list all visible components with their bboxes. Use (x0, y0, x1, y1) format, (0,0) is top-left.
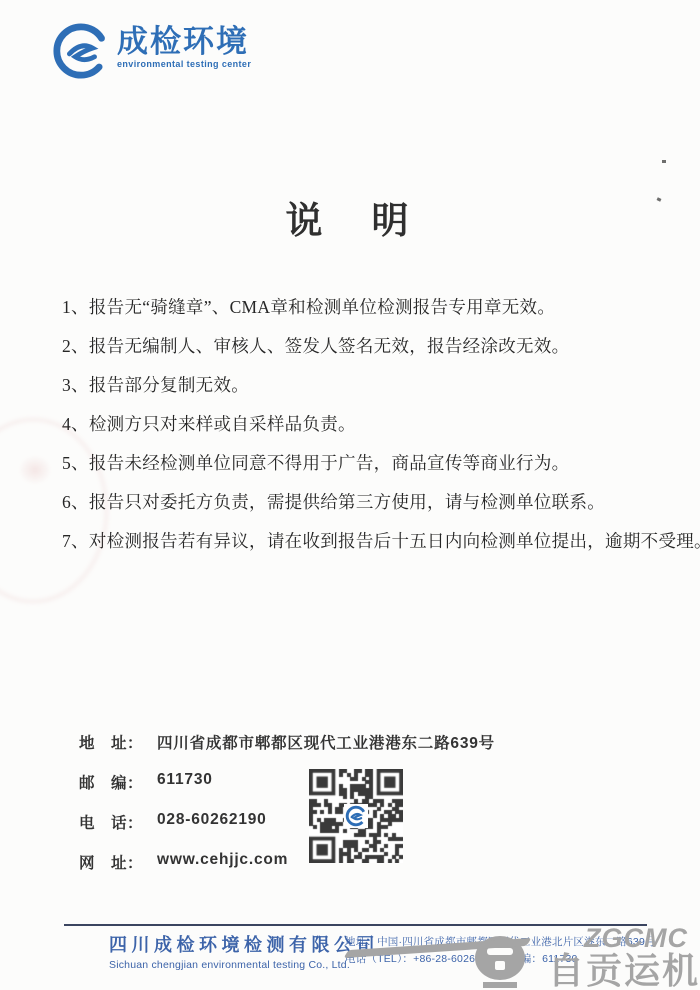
footer-address: 地址：中国·四川省成都市郫都区现代工业港北片区港东二路639号 (345, 934, 615, 951)
note-item: 1、报告无“骑缝章”、CMA章和检测单位检测报告专用章无效。 (62, 296, 654, 318)
note-item: 4、检测方只对来样或自采样品负责。 (62, 413, 654, 435)
logo-text: 成检环境 environmental testing center (117, 22, 251, 69)
contact-value: 028-60262190 (157, 811, 267, 833)
qr-center-logo (344, 804, 368, 828)
ghost-stamp-blot (18, 455, 52, 485)
note-item: 5、报告未经检测单位同意不得用于广告，商品宣传等商业行为。 (62, 452, 654, 474)
footer-divider (64, 924, 647, 926)
contact-value: 四川省成都市郫都区现代工业港港东二路639号 (157, 731, 495, 753)
footer-company-en: Sichuan chengjian environmental testing … (109, 959, 379, 971)
contact-row: 地 址： 四川省成都市郫都区现代工业港港东二路639号 (79, 731, 495, 753)
logo-e-icon (52, 22, 110, 80)
footer-company: 四川成检环境检测有限公司 Sichuan chengjian environme… (109, 931, 379, 971)
logo-e-icon (345, 805, 367, 827)
note-item: 3、报告部分复制无效。 (62, 374, 654, 396)
contact-row: 邮 编： 611730 (79, 771, 495, 793)
page-title: 说 明 (0, 190, 700, 244)
contact-row: 网 址： www.cehjjc.com (79, 851, 495, 873)
contact-value: www.cehjjc.com (157, 851, 288, 873)
document-page: 成检环境 environmental testing center 说 明 1、… (0, 0, 700, 990)
note-item: 2、报告无编制人、审核人、签发人签名无效，报告经涂改无效。 (62, 335, 654, 357)
scan-speck (662, 160, 666, 163)
contact-value: 611730 (157, 771, 213, 793)
footer-contact: 地址：中国·四川省成都市郫都区现代工业港北片区港东二路639号 电话（TEL）：… (345, 934, 615, 968)
company-logo: 成检环境 environmental testing center (52, 22, 251, 80)
contact-label: 电 话： (79, 811, 157, 833)
contact-row: 电 话： 028-60262190 (79, 811, 495, 833)
footer-company-cn: 四川成检环境检测有限公司 (109, 931, 379, 957)
qr-code (309, 769, 403, 863)
note-item: 6、报告只对委托方负责，需提供给第三方使用，请与检测单位联系。 (62, 491, 654, 513)
note-item: 7、对检测报告若有异议，请在收到报告后十五日内向检测单位提出，逾期不受理。 (62, 530, 654, 552)
contact-info: 地 址： 四川省成都市郫都区现代工业港港东二路639号 邮 编： 611730 … (79, 731, 495, 891)
logo-en-name: environmental testing center (117, 59, 251, 69)
contact-label: 网 址： (79, 851, 157, 873)
contact-label: 地 址： (79, 731, 157, 753)
logo-cn-name: 成检环境 (117, 26, 251, 58)
contact-label: 邮 编： (79, 771, 157, 793)
notes-list: 1、报告无“骑缝章”、CMA章和检测单位检测报告专用章无效。 2、报告无编制人、… (62, 296, 654, 569)
footer-phone: 电话（TEL）：+86-28-60262190 邮编：611730 (345, 951, 615, 968)
